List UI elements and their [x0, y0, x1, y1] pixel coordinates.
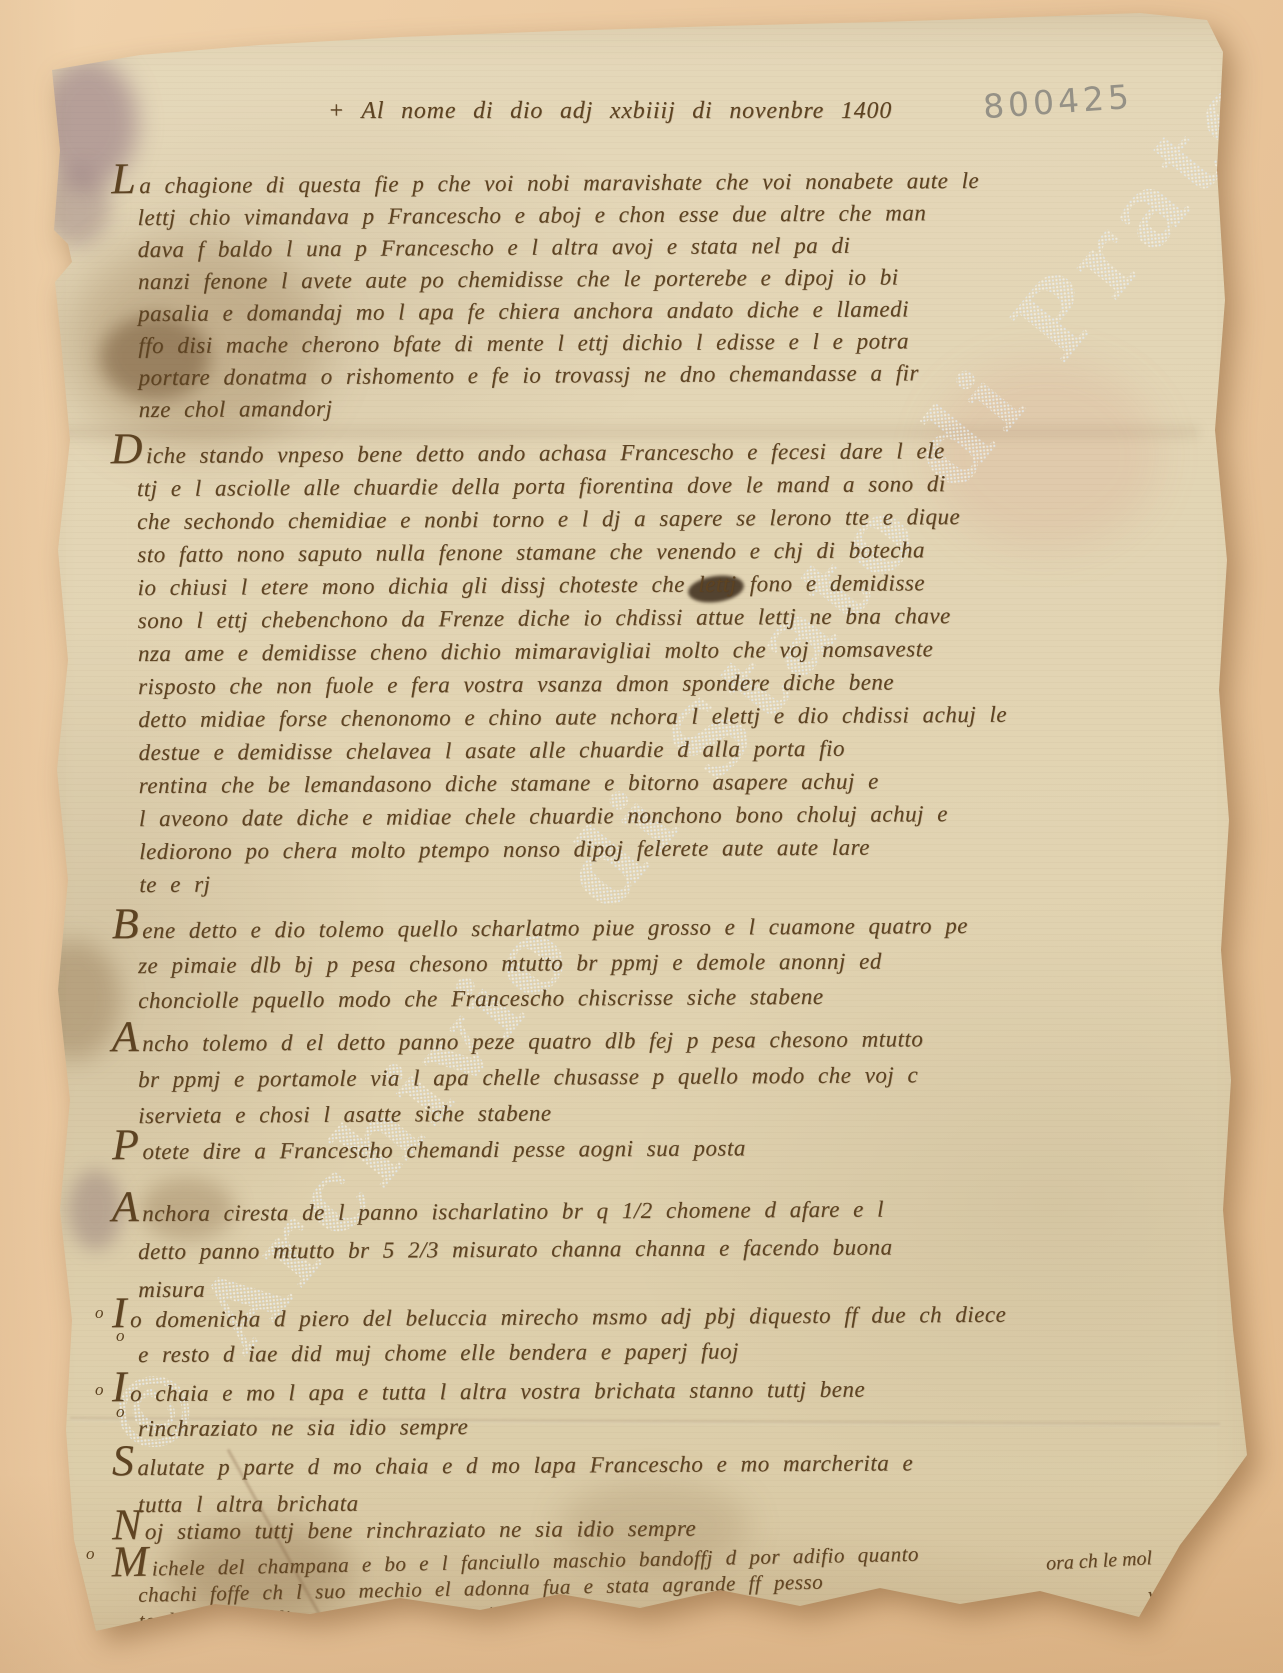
manuscript-line: detto panno mtutto br 5 2/3 misurato cha… [112, 1227, 1187, 1272]
paragraph: Potete dire a Francescho chemandi pesse … [112, 1121, 1187, 1170]
manuscript-line: chonciolle pquello modo che Francescho c… [112, 977, 1187, 1019]
manuscript-line: Bene detto e dio tolemo quello scharlatm… [112, 900, 1187, 949]
paragraph: Michele del champana e bo e l fanciullo … [111, 1524, 1188, 1635]
margin-mark: o [116, 1402, 125, 1422]
manuscript-line: te e rj [113, 862, 1188, 902]
paragraph: Bene detto e dio tolemo quello scharlatm… [112, 900, 1188, 1019]
margin-mark: o [95, 1380, 104, 1400]
manuscript-line: nze chol amandorj [113, 388, 1188, 427]
paragraph: Io chaia e mo l apa e tutta l altra vost… [112, 1363, 1187, 1447]
margin-mark: o [116, 1326, 125, 1346]
squeezed-line-end: vol ch [1147, 1582, 1196, 1607]
manuscript-line: Ancho tolemo d el detto panno peze quatr… [112, 1013, 1187, 1063]
manuscript-page: © Archivio di Stato di Prato 800425 + Al… [0, 0, 1283, 1673]
manuscript-line: Potete dire a Francescho chemandi pesse … [112, 1121, 1187, 1170]
margin-mark: o [95, 1303, 104, 1323]
margin-mark: o [86, 1544, 95, 1564]
manuscript-line: Salutate p parte d mo chaia e d mo lapa … [112, 1437, 1187, 1487]
manuscript-line: Io chaia e mo l apa e tutta l altra vost… [112, 1363, 1187, 1412]
letter-invocation: + Al nome di dio adj xxbiiij di novenbre… [328, 98, 892, 125]
manuscript-line: Io domenicha d piero del beluccia mirech… [112, 1289, 1187, 1338]
paragraph: Ancho tolemo d el detto panno peze quatr… [112, 1013, 1188, 1135]
paragraph: Io domenicha d piero del beluccia mirech… [112, 1289, 1187, 1373]
manuscript-line: Anchora ciresta de l panno ischarlatino … [112, 1183, 1187, 1234]
paragraph: Diche stando vnpeso bene detto ando acha… [111, 425, 1189, 902]
manuscript-line: La chagione di questa fie p che voi nobi… [111, 155, 1186, 203]
paragraph: La chagione di questa fie p che voi nobi… [111, 155, 1188, 427]
manuscript-line: Diche stando vnpeso bene detto ando acha… [111, 425, 1186, 473]
manuscript-sheet-wrap: © Archivio di Stato di Prato 800425 + Al… [0, 0, 1283, 1673]
scan-background: © Archivio di Stato di Prato 800425 + Al… [0, 0, 1283, 1673]
